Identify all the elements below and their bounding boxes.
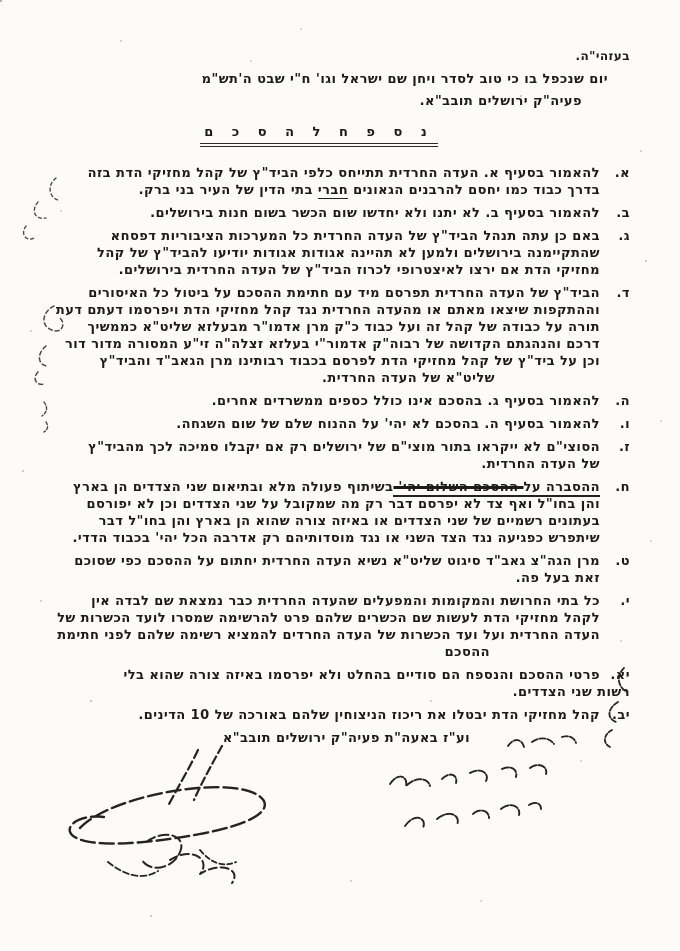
clause-letter: ט. — [600, 553, 630, 587]
scan-noise — [0, 0, 2, 2]
document-line: להאמור בסעיף ב. לא יתנו ולא יחדשו שום הכ… — [48, 205, 600, 222]
document-line: מרן הגה"צ גאב"ד סיגוט שליט"א נשיא העדה ה… — [48, 553, 600, 570]
header-place-line: פעיה"ק ירושלים תובב"א. — [48, 93, 582, 110]
document-line: ההסברה על ההסכם השלום יהי' בשיתוף פעולה … — [48, 479, 600, 496]
clause-letter: י. — [600, 593, 630, 661]
scanned-document-page: בעזהי"ה. יום שנכפל בו כי טוב לסדר ויחן ש… — [0, 0, 680, 951]
line-text: בדרך כבוד כמו יחסם להרבנים הגאונים — [348, 183, 600, 198]
document-line: של העדה החרדית. — [48, 456, 600, 473]
document-line: הסוצי"ם לא ייקראו בתור מוצי"ם של ירושלים… — [48, 439, 600, 456]
document-line: מחזיקי הדת אם ירצו לאיצטרופי לכרוז הביד"… — [48, 262, 600, 279]
line-text: בשיתוף פעולה מלא ובתיאום שני הצדדים הן ב… — [73, 480, 393, 495]
clause-bet: ב. להאמור בסעיף ב. לא יתנו ולא יחדשו שום… — [48, 205, 630, 222]
struck-phrase: ההסכם השלום יהי' — [393, 480, 523, 497]
document-line: העדה החרדית ועל ועד הכשרות של העדה החרדי… — [48, 627, 600, 644]
document-line: שליט"א של העדה החרדית. — [48, 370, 495, 387]
document-line: שהתקיימנה בירושלים ולמען לא תהיינה אגודו… — [48, 245, 600, 262]
document-line: הביד"ץ של העדה החרדית תפרסם מיד עם חתימת… — [48, 285, 600, 302]
underlined-word: חברי — [318, 183, 348, 199]
document-line: באם כן עתה תנהל הביד"ץ של העדה החרדית כל… — [48, 228, 600, 245]
document-line: פרטי ההסכם והנספח הם סודיים בהחלט ולא יפ… — [48, 667, 600, 684]
document-line: להאמור בסעיף ה. בהסכם לא יהי' על ההנוח ש… — [48, 416, 600, 433]
document-line: להאמור בסעיף א. העדה החרדית תתייחס כלפי … — [48, 165, 600, 182]
margin-scribble-left-mid — [22, 298, 72, 393]
document-line: זאת בעל פה. — [48, 570, 600, 587]
clause-het: ח. ההסברה על ההסכם השלום יהי' בשיתוף פעו… — [48, 479, 630, 547]
document-line: שיתפרש כפגיעה נגד הצד השני או נגד מוסדות… — [48, 530, 600, 547]
document-line: ההסכם — [48, 644, 490, 661]
line-text: בתי הדין של העיר בני ברק. — [139, 183, 318, 198]
clause-letter: ז. — [600, 439, 630, 473]
document-line: בעתונים רשמיים של שני הצדדים או באיזה צו… — [48, 513, 600, 530]
header-bsd: בעזהי"ה. — [48, 48, 630, 65]
clause-yod-aleph: יא. פרטי ההסכם והנספח הם סודיים בהחלט ול… — [48, 667, 630, 701]
clause-letter: ג. — [600, 228, 630, 279]
document-line: קהל מחזיקי הדת יבטלו את ריכוז הניצוחין ש… — [48, 707, 600, 724]
clause-aleph: א. להאמור בסעיף א. העדה החרדית תתייחס כל… — [48, 165, 630, 199]
title-row: נ ס פ ח ל ה ס כ ם — [48, 124, 590, 147]
document-line: דרכם והנהגתם הקדושה של רבוה"ק אדמור"י בע… — [48, 336, 600, 353]
document-title: נ ס פ ח ל ה ס כ ם — [200, 124, 437, 147]
header-date-line: יום שנכפל בו כי טוב לסדר ויחן שם ישראל ו… — [48, 71, 608, 88]
document-line: רשות שני הצדדים. — [48, 684, 630, 701]
clause-letter: ה. — [600, 393, 630, 410]
margin-scribble-left-top — [12, 168, 74, 258]
document-line: והן בחו"ל ואף צד לא יפרסם דבר רק מה שמקו… — [48, 496, 600, 513]
clause-he: ה. להאמור בסעיף ג. בהסכם אינו כולל כספים… — [48, 393, 630, 410]
clause-letter: ב. — [600, 205, 630, 222]
signature-column-right — [380, 726, 580, 866]
document-line: וכן על ביד"ץ של קהל מחזיקי הדת לפרסם בכב… — [48, 353, 600, 370]
document-line: תורה על כבודה של קהל זה ועל כבוד כ"ק מרן… — [48, 319, 600, 336]
document-line: וההתקפות שיצאו מאתם או מהעדה החרדית נגד … — [48, 302, 600, 319]
document-content: בעזהי"ה. יום שנכפל בו כי טוב לסדר ויחן ש… — [48, 48, 630, 747]
signature-scrawl-left — [50, 742, 320, 902]
clause-gimel: ג. באם כן עתה תנהל הביד"ץ של העדה החרדית… — [48, 228, 630, 279]
clause-yod: י. כל בתי החרושת והמקומות והמפעלים שהעדה… — [48, 593, 630, 661]
clause-tet: ט. מרן הגה"צ גאב"ד סיגוט שליט"א נשיא העד… — [48, 553, 630, 587]
clause-zayin: ז. הסוצי"ם לא ייקראו בתור מוצי"ם של ירוש… — [48, 439, 630, 473]
margin-tick-marks — [34, 396, 56, 445]
clause-yod-bet: יב. קהל מחזיקי הדת יבטלו את ריכוז הניצוח… — [48, 707, 630, 724]
clause-letter: ח. — [600, 479, 630, 547]
underlined-phrase: ההסברה על — [524, 480, 600, 497]
clause-letter: ד. — [600, 285, 630, 387]
clause-dalet: ד. הביד"ץ של העדה החרדית תפרסם מיד עם חת… — [48, 285, 630, 387]
document-line: להאמור בסעיף ג. בהסכם אינו כולל כספים ממ… — [48, 393, 600, 410]
clause-letter: ו. — [600, 416, 630, 433]
document-line: בדרך כבוד כמו יחסם להרבנים הגאונים חברי … — [48, 182, 600, 199]
clause-letter: א. — [600, 165, 630, 199]
clause-vav: ו. להאמור בסעיף ה. בהסכם לא יהי' על ההנו… — [48, 416, 630, 433]
margin-scribble-right — [590, 662, 640, 762]
document-line: לקהל מחזיקי הדת לעשות שם הכשרים שלהם פרט… — [48, 610, 600, 627]
document-line: כל בתי החרושת והמקומות והמפעלים שהעדה הח… — [48, 593, 600, 610]
